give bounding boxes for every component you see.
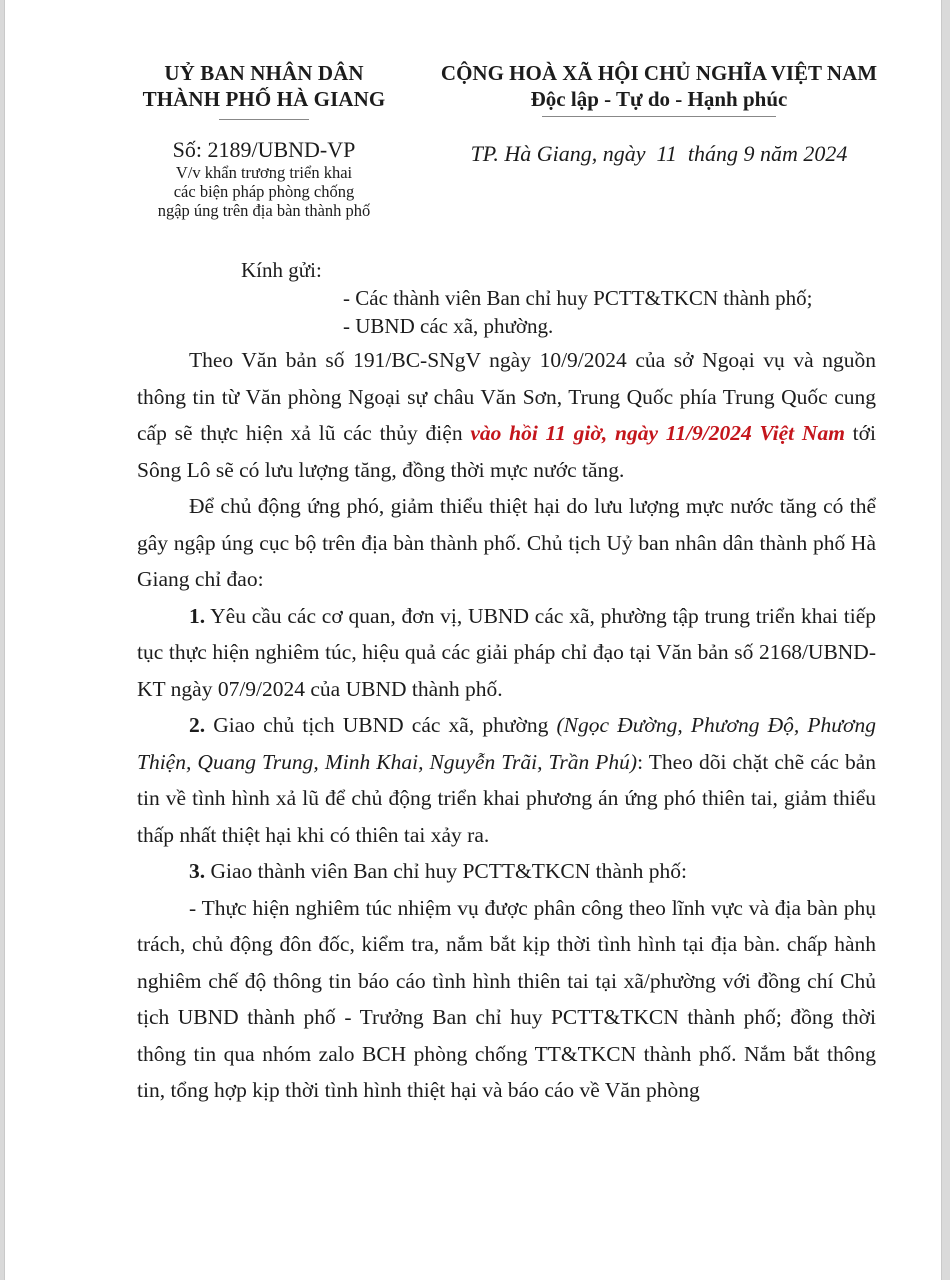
subject-line-2: các biện pháp phòng chống xyxy=(132,182,396,201)
directive-item-2: 2. Giao chủ tịch UBND các xã, phường (Ng… xyxy=(137,707,876,853)
item-number: 2. xyxy=(189,713,205,737)
recipients-block: Kính gửi: - Các thành viên Ban chỉ huy P… xyxy=(241,256,813,340)
national-header-block: CỘNG HOÀ XÃ HỘI CHỦ NGHĨA VIỆT NAM Độc l… xyxy=(424,60,894,167)
item-number: 1. xyxy=(189,604,205,628)
recipient-item: - Các thành viên Ban chỉ huy PCTT&TKCN t… xyxy=(343,284,813,312)
paragraph-directive-intro: Để chủ động ứng phó, giảm thiểu thiệt hạ… xyxy=(137,488,876,598)
document-page: UỶ BAN NHÂN DÂN THÀNH PHỐ HÀ GIANG Số: 2… xyxy=(4,0,942,1280)
recipients-greeting: Kính gửi: xyxy=(241,256,813,284)
nation-title: CỘNG HOÀ XÃ HỘI CHỦ NGHĨA VIỆT NAM xyxy=(424,60,894,86)
issuing-authority-block: UỶ BAN NHÂN DÂN THÀNH PHỐ HÀ GIANG Số: 2… xyxy=(132,60,396,220)
subject-line-1: V/v khẩn trương triển khai xyxy=(132,163,396,182)
highlighted-release-time: vào hồi 11 giờ, ngày 11/9/2024 Việt Nam xyxy=(470,421,845,445)
directive-item-3-bullet: - Thực hiện nghiêm túc nhiệm vụ được phâ… xyxy=(137,890,876,1109)
document-number: Số: 2189/UBND-VP xyxy=(132,137,396,163)
national-motto: Độc lập - Tự do - Hạnh phúc xyxy=(424,86,894,112)
paragraph-background: Theo Văn bản số 191/BC-SNgV ngày 10/9/20… xyxy=(137,342,876,488)
page-edge-right xyxy=(942,0,950,1280)
directive-item-1: 1. Yêu cầu các cơ quan, đơn vị, UBND các… xyxy=(137,598,876,708)
motto-underline xyxy=(542,116,776,117)
item-number: 3. xyxy=(189,859,205,883)
recipient-item: - UBND các xã, phường. xyxy=(343,312,813,340)
authority-name-line2: THÀNH PHỐ HÀ GIANG xyxy=(132,86,396,112)
authority-name-line1: UỶ BAN NHÂN DÂN xyxy=(132,60,396,86)
authority-underline xyxy=(219,119,309,120)
subject-line-3: ngập úng trên địa bàn thành phố xyxy=(132,201,396,220)
place-and-date: TP. Hà Giang, ngày 11 tháng 9 năm 2024 xyxy=(424,141,894,167)
directive-item-3: 3. Giao thành viên Ban chỉ huy PCTT&TKCN… xyxy=(137,853,876,890)
document-body: Theo Văn bản số 191/BC-SNgV ngày 10/9/20… xyxy=(137,342,876,1109)
